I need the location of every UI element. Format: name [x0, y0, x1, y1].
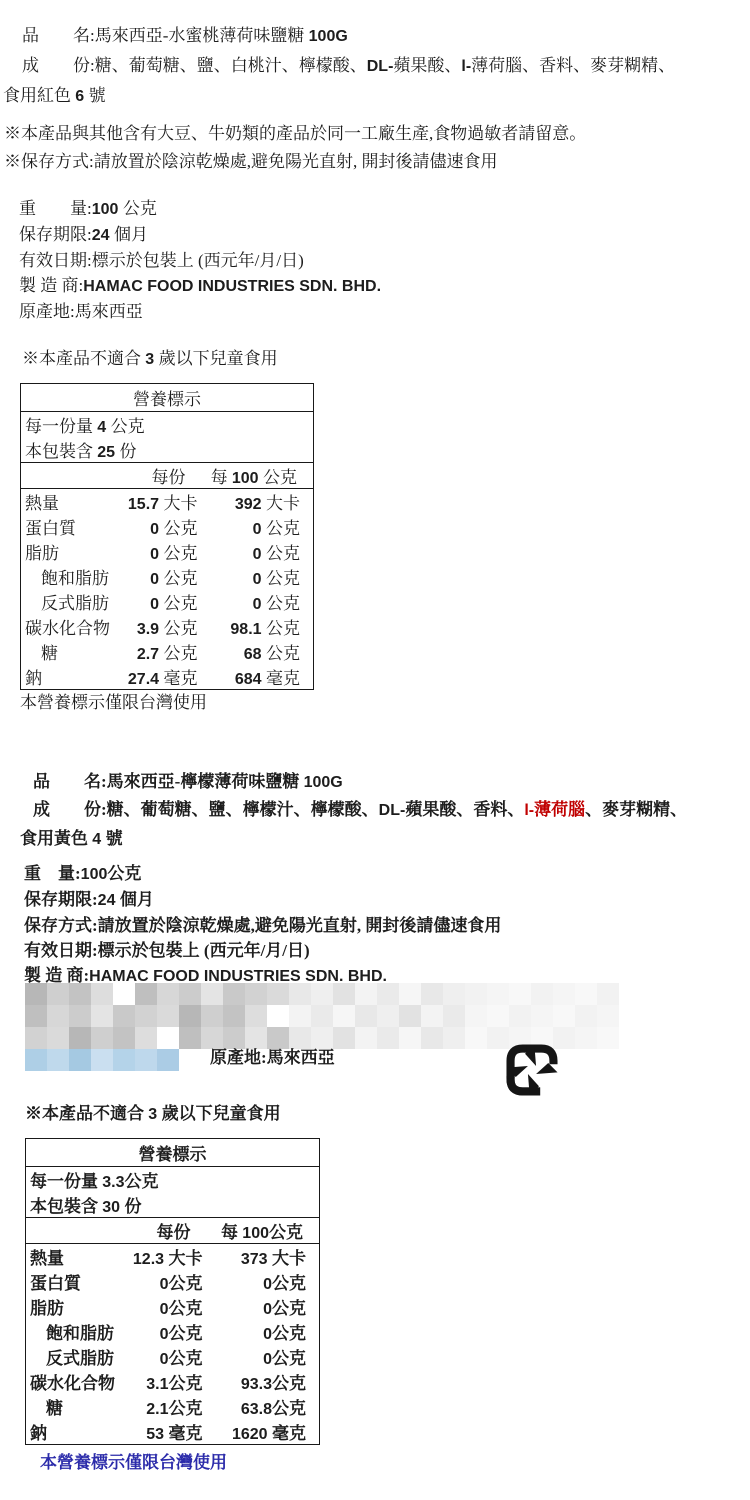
per-serving-value: 2.1公克 [129, 1394, 205, 1419]
nutrition-row: 碳水化合物3.1公克93.3公克 [26, 1369, 320, 1394]
nutrient-label: 碳水化合物 [21, 614, 124, 639]
nutrient-label: 碳水化合物 [26, 1369, 129, 1394]
taiwan-only-note-1: 本營養標示僅限台灣使用 [20, 692, 207, 714]
product1-ingredients-continuation: 食用紅色 6 號 [3, 86, 106, 107]
per-serving-value: 0公克 [129, 1294, 205, 1319]
nutrition-title: 營養標示 [26, 1139, 320, 1167]
per-100g-value: 1620 毫克 [205, 1419, 320, 1445]
per-100g-value: 0公克 [205, 1269, 320, 1294]
column-header-per-100g: 每 100 公克 [200, 463, 314, 489]
per-100g-value: 63.8公克 [205, 1394, 320, 1419]
serving-size: 每一份量 4 公克 [21, 412, 314, 438]
ingredients-before: 成 份:糖、葡萄糖、鹽、檸檬汁、檸檬酸、DL-蘋果酸、香料、 [33, 800, 524, 819]
recycling-icon [503, 1039, 561, 1101]
storage-note: ※保存方式:請放置於陰涼乾燥處,避免陽光直射, 開封後請儘速食用 [4, 152, 497, 172]
nutrient-label: 蛋白質 [21, 514, 124, 539]
per-100g-value: 98.1 公克 [200, 614, 314, 639]
nutrient-label: 反式脂肪 [21, 589, 124, 614]
nutrient-label: 糖 [21, 639, 124, 664]
nutrition-row: 反式脂肪0公克0公克 [26, 1344, 320, 1369]
detail-line: 有效日期:標示於包裝上 (西元年/月/日) [24, 938, 501, 963]
detail-line: 製 造 商:HAMAC FOOD INDUSTRIES SDN. BHD. [19, 273, 381, 299]
per-serving-value: 0 公克 [124, 564, 200, 589]
page-root: { "colors": { "text": "#1d1d1d", "highli… [0, 0, 750, 1500]
nutrition-row: 糖2.7 公克68 公克 [21, 639, 314, 664]
product1-name-line: 品 名:馬來西亞-水蜜桃薄荷味鹽糖 100G [22, 26, 348, 47]
nutrition-row: 脂肪0 公克0 公克 [21, 539, 314, 564]
nutrition-row: 飽和脂肪0 公克0 公克 [21, 564, 314, 589]
per-serving-value: 12.3 大卡 [129, 1244, 205, 1270]
per-serving-value: 3.9 公克 [124, 614, 200, 639]
per-serving-value: 2.7 公克 [124, 639, 200, 664]
redacted-mosaic-blue [25, 1049, 725, 1071]
detail-line: 重 量:100公克 [24, 861, 501, 887]
nutrition-row: 蛋白質0 公克0 公克 [21, 514, 314, 539]
product2-details: 重 量:100公克保存期限:24 個月保存方式:請放置於陰涼乾燥處,避免陽光直射… [24, 861, 501, 989]
column-header-blank [21, 463, 124, 489]
nutrient-label: 熱量 [26, 1244, 129, 1270]
per-serving-value: 0 公克 [124, 539, 200, 564]
per-serving-value: 0 公克 [124, 589, 200, 614]
allergy-note: ※本產品與其他含有大豆、牛奶類的產品於同一工廠生產,食物過敏者請留意。 [4, 124, 586, 144]
detail-line: 保存方式:請放置於陰涼乾燥處,避免陽光直射, 開封後請儘速食用 [24, 913, 501, 938]
product2-ingredients-line: 成 份:糖、葡萄糖、鹽、檸檬汁、檸檬酸、DL-蘋果酸、香料、l-薄荷腦、麥芽糊精… [33, 800, 687, 821]
taiwan-only-note-2: 本營養標示僅限台灣使用 [40, 1452, 227, 1474]
product1-child-warning: ※本產品不適合 3 歲以下兒童食用 [22, 349, 278, 370]
nutrition-row: 熱量12.3 大卡373 大卡 [26, 1244, 320, 1270]
per-serving-value: 3.1公克 [129, 1369, 205, 1394]
per-100g-value: 0 公克 [200, 539, 314, 564]
serving-size: 每一份量 3.3公克 [26, 1167, 320, 1193]
per-100g-value: 0公克 [205, 1294, 320, 1319]
per-serving-value: 0 公克 [124, 514, 200, 539]
nutrition-row: 熱量15.7 大卡392 大卡 [21, 489, 314, 515]
nutrition-row: 反式脂肪0 公克0 公克 [21, 589, 314, 614]
per-100g-value: 392 大卡 [200, 489, 314, 515]
nutrient-label: 飽和脂肪 [26, 1319, 129, 1344]
column-header-per-100g: 每 100公克 [205, 1218, 320, 1244]
column-header-per-serving: 每份 [129, 1218, 205, 1244]
ingredients-highlighted-red: l-薄荷腦 [524, 800, 585, 819]
servings-per-pack: 本包裝含 30 份 [26, 1192, 320, 1218]
nutrient-label: 糖 [26, 1394, 129, 1419]
per-100g-value: 0公克 [205, 1344, 320, 1369]
per-serving-value: 0公克 [129, 1319, 205, 1344]
per-serving-value: 0公克 [129, 1269, 205, 1294]
nutrient-label: 脂肪 [21, 539, 124, 564]
nutrition-table-2: 營養標示 每一份量 3.3公克 本包裝含 30 份 每份 每 100公克 熱量1… [25, 1138, 320, 1445]
nutrition-row: 飽和脂肪0公克0公克 [26, 1319, 320, 1344]
per-100g-value: 68 公克 [200, 639, 314, 664]
detail-line: 重 量:100 公克 [19, 196, 381, 222]
nutrition-row: 脂肪0公克0公克 [26, 1294, 320, 1319]
product2-origin-line: 原產地:馬來西亞 [210, 1047, 335, 1069]
per-100g-value: 0 公克 [200, 564, 314, 589]
nutrient-label: 熱量 [21, 489, 124, 515]
product1-details: 重 量:100 公克保存期限:24 個月有效日期:標示於包裝上 (西元年/月/日… [19, 196, 381, 324]
detail-line: 有效日期:標示於包裝上 (西元年/月/日) [19, 248, 381, 273]
ingredients-after: 、麥芽糊精、 [585, 800, 687, 819]
column-header-per-serving: 每份 [124, 463, 200, 489]
nutrition-row: 鈉53 毫克1620 毫克 [26, 1419, 320, 1445]
nutrition-row: 碳水化合物3.9 公克98.1 公克 [21, 614, 314, 639]
product2-child-warning: ※本產品不適合 3 歲以下兒童食用 [25, 1104, 281, 1125]
product1-ingredients-line: 成 份:糖、葡萄糖、鹽、白桃汁、檸檬酸、DL-蘋果酸、l-薄荷腦、香料、麥芽糊精… [22, 56, 675, 77]
redacted-area: 原產地:馬來西亞 [25, 983, 725, 1075]
per-100g-value: 684 毫克 [200, 664, 314, 690]
per-serving-value: 15.7 大卡 [124, 489, 200, 515]
nutrient-label: 鈉 [26, 1419, 129, 1445]
per-100g-value: 93.3公克 [205, 1369, 320, 1394]
nutrient-label: 脂肪 [26, 1294, 129, 1319]
per-100g-value: 373 大卡 [205, 1244, 320, 1270]
nutrient-label: 蛋白質 [26, 1269, 129, 1294]
detail-line: 保存期限:24 個月 [24, 887, 501, 913]
per-100g-value: 0 公克 [200, 589, 314, 614]
column-header-blank [26, 1218, 129, 1244]
per-serving-value: 27.4 毫克 [124, 664, 200, 690]
per-serving-value: 0公克 [129, 1344, 205, 1369]
detail-line: 原產地:馬來西亞 [19, 299, 381, 324]
product2-name-line: 品 名:馬來西亞-檸檬薄荷味鹽糖 100G [33, 772, 343, 793]
nutrient-label: 反式脂肪 [26, 1344, 129, 1369]
per-100g-value: 0 公克 [200, 514, 314, 539]
servings-per-pack: 本包裝含 25 份 [21, 437, 314, 463]
per-100g-value: 0公克 [205, 1319, 320, 1344]
nutrition-title: 營養標示 [21, 384, 314, 412]
nutrition-row: 糖2.1公克63.8公克 [26, 1394, 320, 1419]
nutrient-label: 飽和脂肪 [21, 564, 124, 589]
redacted-mosaic [25, 983, 725, 1049]
per-serving-value: 53 毫克 [129, 1419, 205, 1445]
nutrition-row: 鈉27.4 毫克684 毫克 [21, 664, 314, 690]
nutrition-table-1: 營養標示 每一份量 4 公克 本包裝含 25 份 每份 每 100 公克 熱量1… [20, 383, 314, 690]
detail-line: 保存期限:24 個月 [19, 222, 381, 248]
nutrition-row: 蛋白質0公克0公克 [26, 1269, 320, 1294]
product2-ingredients-continuation: 食用黃色 4 號 [20, 829, 123, 850]
nutrient-label: 鈉 [21, 664, 124, 690]
